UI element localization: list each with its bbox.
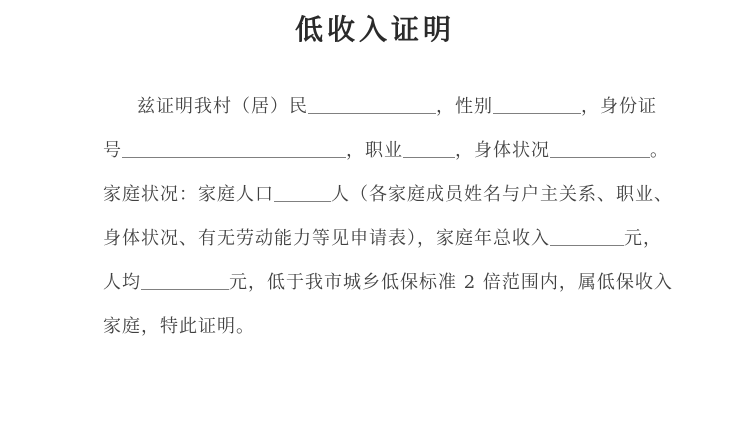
- doc-line: 号，职业，身体状况。: [103, 129, 673, 173]
- document-title: 低收入证明: [0, 8, 750, 48]
- doc-text: 人均: [103, 272, 141, 293]
- document-body: 兹证明我村（居）民，性别，身份证号，职业，身体状况。家庭状况：家庭人口人（各家庭…: [103, 85, 673, 349]
- blank-field[interactable]: [274, 186, 331, 202]
- doc-text: 兹证明我村（居）民: [137, 96, 308, 117]
- doc-text: 元，: [624, 228, 662, 249]
- doc-text: 元，低于我市城乡低保标准 2 倍范围内，属低保收入: [229, 272, 673, 293]
- doc-line: 家庭状况：家庭人口人（各家庭成员姓名与户主关系、职业、: [103, 173, 673, 217]
- document-page: 低收入证明 兹证明我村（居）民，性别，身份证号，职业，身体状况。家庭状况：家庭人…: [0, 0, 750, 432]
- blank-field[interactable]: [493, 98, 581, 114]
- doc-text: ，性别: [436, 96, 493, 117]
- blank-field[interactable]: [308, 98, 436, 114]
- doc-text: 人（各家庭成员姓名与户主关系、职业、: [331, 184, 673, 205]
- doc-line: 身体状况、有无劳动能力等见申请表），家庭年总收入元，: [103, 217, 673, 261]
- doc-text: ，职业: [346, 140, 403, 161]
- blank-field[interactable]: [550, 230, 624, 246]
- doc-line: 兹证明我村（居）民，性别，身份证: [103, 85, 673, 129]
- doc-text: ，身体状况: [455, 140, 550, 161]
- blank-field[interactable]: [550, 142, 650, 158]
- blank-field[interactable]: [122, 142, 346, 158]
- doc-text: 家庭状况：家庭人口: [103, 184, 274, 205]
- doc-text: 家庭，特此证明。: [103, 316, 255, 337]
- doc-text: 。: [650, 140, 669, 161]
- blank-field[interactable]: [403, 142, 455, 158]
- doc-line: 人均元，低于我市城乡低保标准 2 倍范围内，属低保收入: [103, 261, 673, 305]
- doc-text: ，身份证: [581, 96, 657, 117]
- doc-text: 身体状况、有无劳动能力等见申请表），家庭年总收入: [103, 228, 550, 249]
- blank-field[interactable]: [141, 274, 229, 290]
- doc-line: 家庭，特此证明。: [103, 305, 673, 349]
- doc-text: 号: [103, 140, 122, 161]
